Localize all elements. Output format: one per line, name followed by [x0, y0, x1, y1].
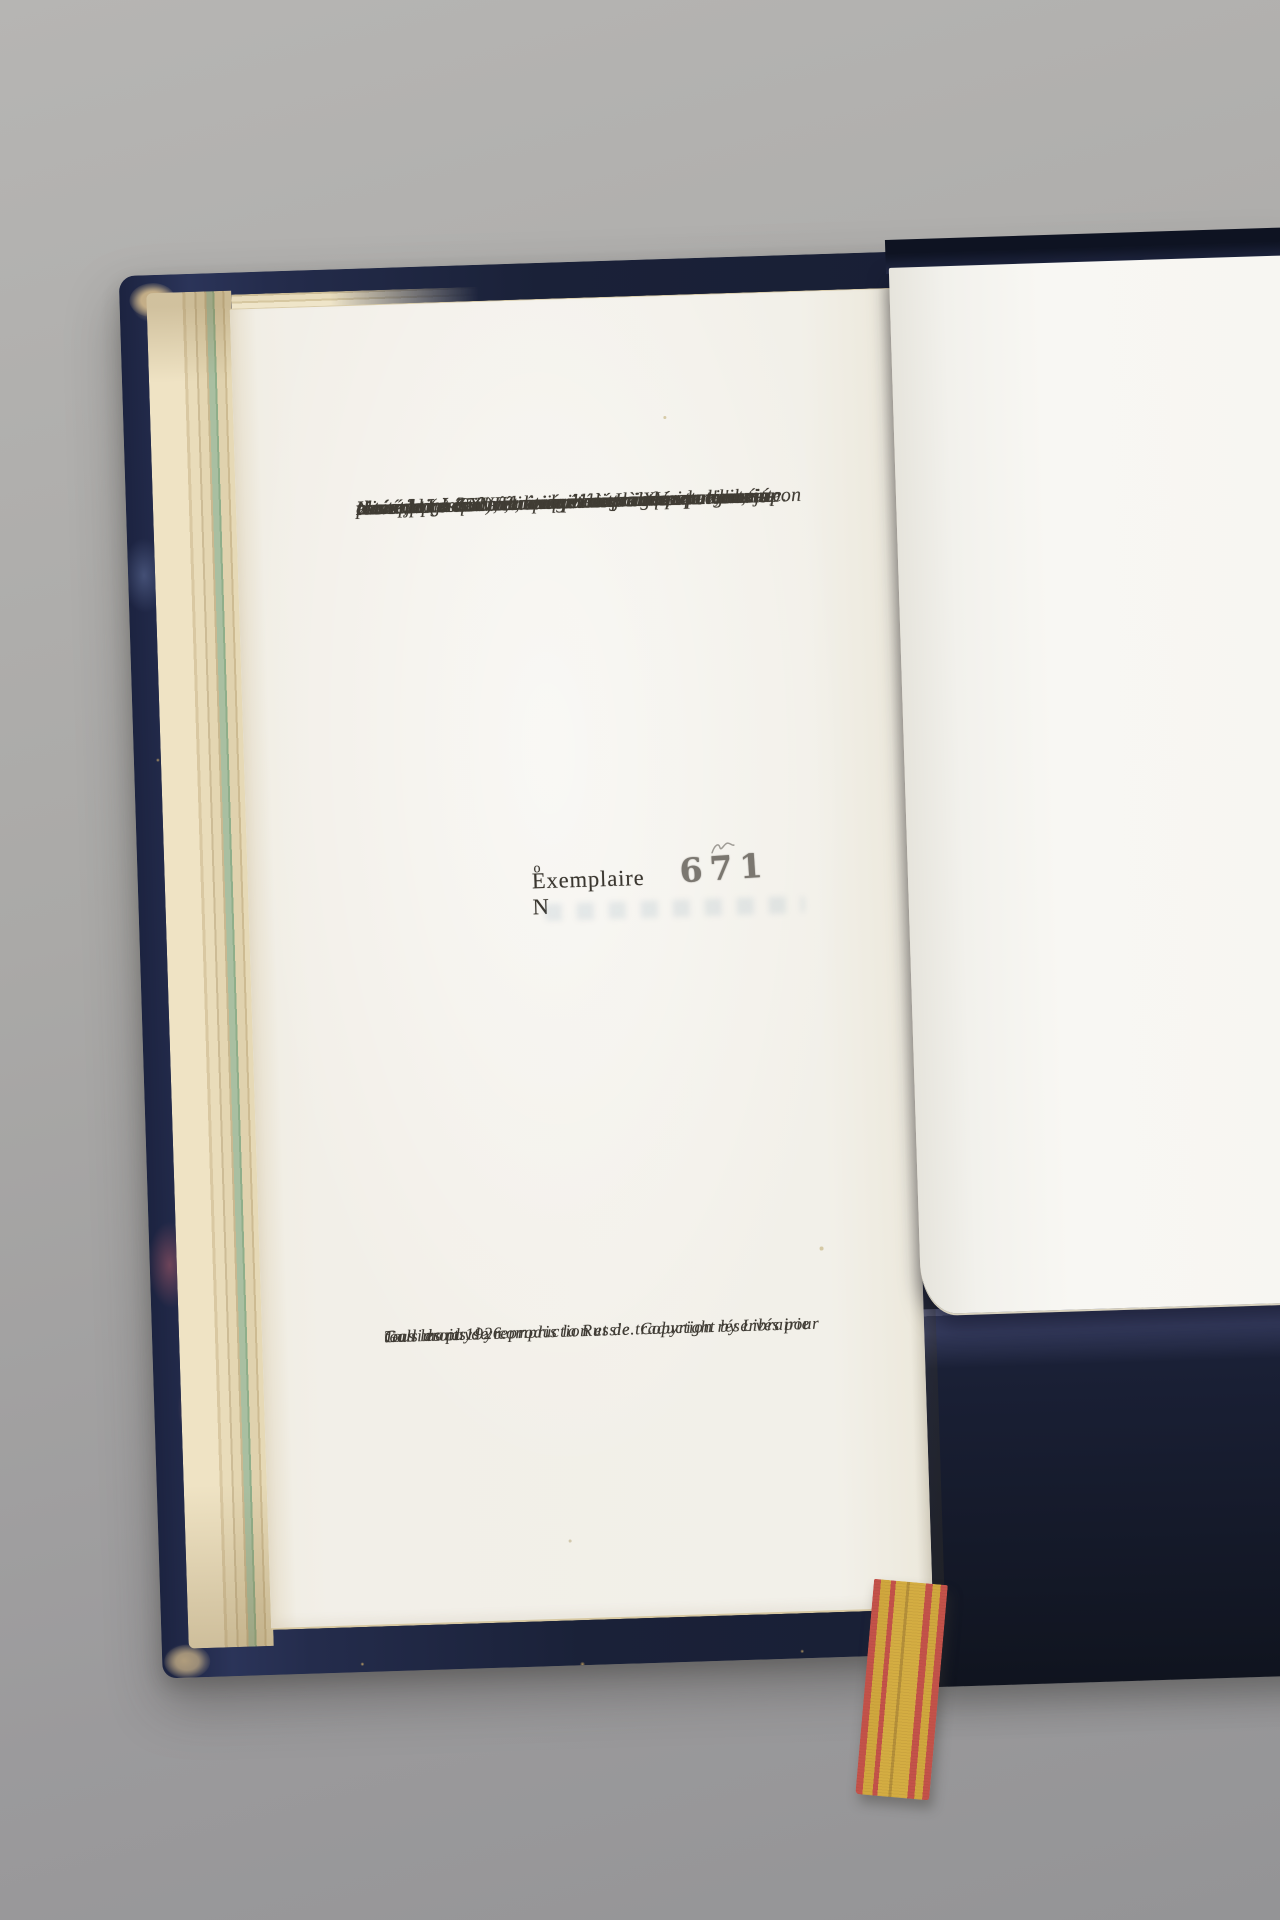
limitation-page: Il a été tiré de cet ouvrage huit cent s…: [230, 288, 933, 1630]
paper-speck: [820, 1246, 824, 1250]
facing-blank-page: [889, 255, 1280, 1314]
paper-speck: [569, 1540, 572, 1543]
justification-line: vieux japon teinté, numérotée et signée …: [356, 480, 788, 524]
pen-mark: [709, 840, 737, 856]
leather-doublure: [919, 1296, 1280, 1687]
numero-superscript: o: [533, 861, 541, 877]
justification-text: Il a été tiré de cet ouvrage huit cent s…: [356, 477, 880, 493]
copyright-line: Gallimard 1926.: [384, 1320, 508, 1350]
paper-speck: [663, 416, 666, 419]
book-photograph: Il a été tiré de cet ouvrage huit cent s…: [0, 0, 1280, 1920]
copyright-text: Tous droits de reproduction et de traduc…: [384, 1308, 904, 1324]
open-book: Il a été tiré de cet ouvrage huit cent s…: [90, 217, 1280, 1714]
